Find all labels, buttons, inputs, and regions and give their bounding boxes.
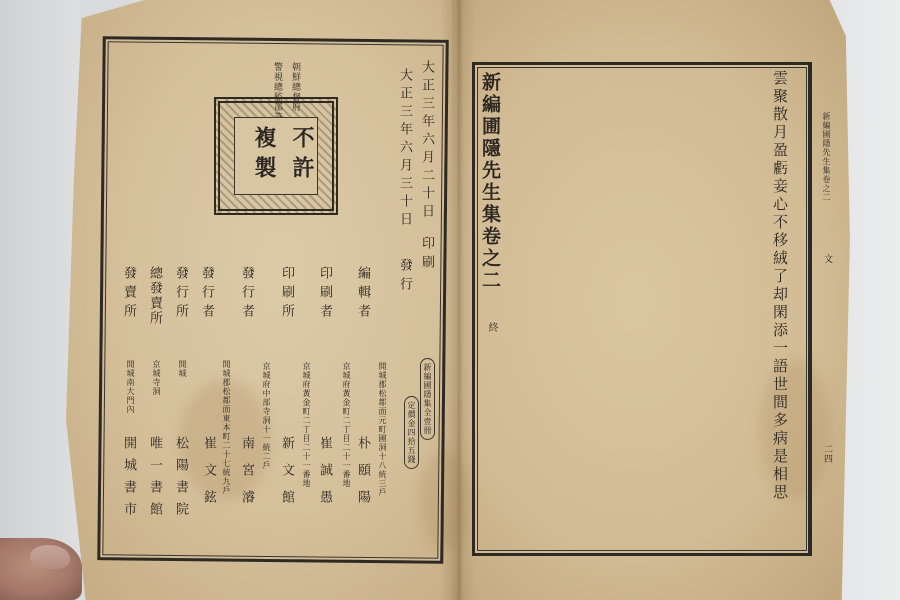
name-printer: 崔誠愚 xyxy=(318,436,331,517)
name-publishing-house: 松陽書院 xyxy=(174,436,187,524)
margin-rule xyxy=(808,62,810,556)
role-publisher-1: 發行者 xyxy=(240,266,253,323)
poem-text: 雲聚散月盈虧妾心不移絨了却閑添一語世間多病是相思 xyxy=(772,70,787,502)
address-publishing-house: 開城 xyxy=(178,360,186,378)
margin-section: 文 xyxy=(822,254,831,264)
seal-chars-right: 不許 xyxy=(287,126,318,186)
name-publisher-1: 南宮濬 xyxy=(240,436,253,517)
address-general-distributor: 京城寺洞 xyxy=(152,360,160,396)
name-distributor: 開城書市 xyxy=(122,436,135,524)
address-editor: 開城郡松都面元町圃洞十八統三戶 xyxy=(378,362,386,497)
role-printer: 印刷者 xyxy=(318,266,331,323)
seal-chars-left: 複製 xyxy=(249,126,280,186)
no-reproduction-seal: 不許 複製 xyxy=(214,97,338,215)
name-editor: 朴頤陽 xyxy=(356,436,369,517)
address-distributor: 開城南大門內 xyxy=(126,360,134,414)
publish-label: 發行 xyxy=(398,258,411,296)
role-publisher-2: 發行者 xyxy=(200,266,213,323)
book-title-box: 新編圃隱集全壹冊 xyxy=(420,358,435,440)
thumbnail xyxy=(30,545,70,569)
margin-title: 新編圃隱先生集卷之二 xyxy=(822,112,830,202)
role-general-distributor: 總發賣所 xyxy=(148,266,161,326)
page-number: 二四 xyxy=(822,444,831,464)
name-general-distributor: 唯一書館 xyxy=(148,436,161,524)
role-publishing-house: 發行所 xyxy=(174,266,187,323)
volume-end-mark: 終 xyxy=(486,322,496,333)
price-box: 定價金四拾五錢 xyxy=(404,396,419,469)
background-surface-left xyxy=(0,0,80,600)
address-print-house: 京城府黃金町二丁目二十一番地 xyxy=(302,362,310,488)
role-editor: 編輯者 xyxy=(356,266,369,323)
address-publisher-2: 開城郡松都面東本町二十七統九戶 xyxy=(222,360,230,495)
address-printer: 京城府黃金町二丁目二十一番地 xyxy=(342,362,350,488)
role-distributor: 發賣所 xyxy=(122,266,135,323)
name-publisher-2: 崔文鉉 xyxy=(202,436,215,517)
role-print-house: 印刷所 xyxy=(280,266,293,323)
print-label: 印刷 xyxy=(420,236,433,274)
publish-date: 大正三年六月三十日 xyxy=(398,68,411,230)
text-frame xyxy=(472,62,812,556)
print-date: 大正三年六月二十日 xyxy=(420,60,433,222)
address-publisher-1: 京城府中部寺洞十一統二戶 xyxy=(262,362,270,470)
volume-end-title: 新編圃隱先生集卷之二 xyxy=(480,72,499,292)
seal-inner: 不許 複製 xyxy=(234,117,318,195)
name-print-house: 新文館 xyxy=(280,436,293,517)
